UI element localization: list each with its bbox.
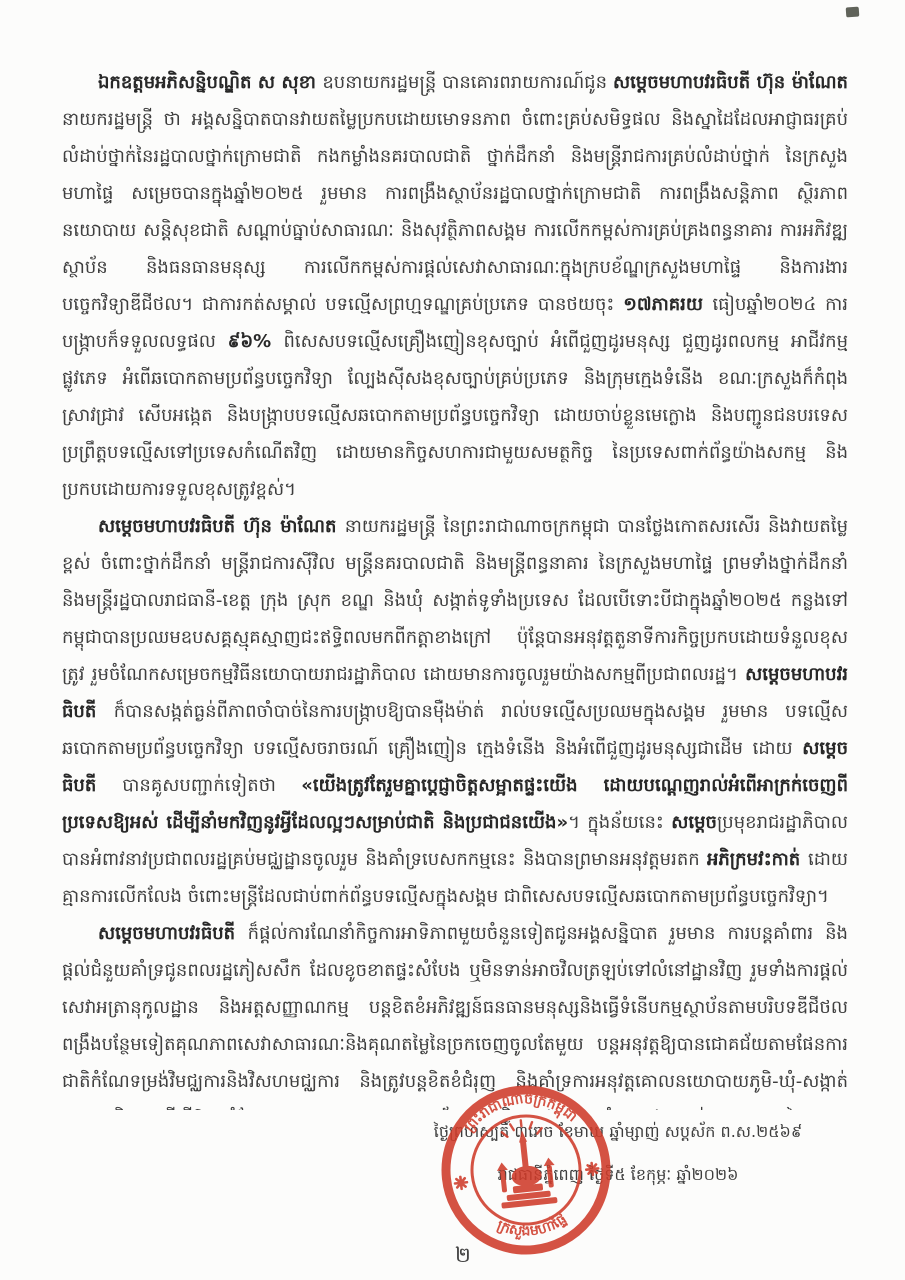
text-segment: ។ ក្នុងន័យនេះ (568, 812, 671, 833)
bold-text-segment: សម្តេច (671, 812, 717, 833)
text-segment: ក៏បានសង្កត់ធ្ងន់ពីភាពចាំបាច់នៃការបង្ក្រា… (62, 701, 848, 759)
bold-text-segment: សម្តេចមហាបវរធិបតី ហ៊ុន ម៉ាណែត (613, 72, 848, 93)
paragraph: សម្តេចមហាបវរធិបតី ក៏ផ្តល់ការណែនាំកិច្ចកា… (62, 915, 848, 1110)
scanned-document-page: ឯកឧត្តមអភិសន្និបណ្ឌិត ស សុខា ឧបនាយករដ្ឋម… (0, 0, 905, 1280)
text-segment: នាយករដ្ឋមន្ត្រី នៃព្រះរាជាណាចក្រកម្ពុជា … (62, 516, 848, 685)
ministry-seal: ព្រះរាជាណាចក្រកម្ពុជា ក្រសួងមហាផ្ទៃ (427, 1071, 625, 1269)
bold-text-segment: ឯកឧត្តមអភិសន្និបណ្ឌិត ស សុខា (98, 72, 322, 93)
text-segment: ឧបនាយករដ្ឋមន្ត្រី បានគោរពរាយការណ៍ជូន (322, 72, 613, 93)
seal-right-star-icon (586, 1162, 599, 1175)
text-segment: ក៏ផ្តល់ការណែនាំកិច្ចការអាទិភាពមួយចំនួនទៀ… (62, 923, 848, 1110)
text-segment: នាយករដ្ឋមន្ត្រី ថា អង្គសន្និបាតបានវាយតម្… (62, 109, 848, 315)
bold-text-segment: អភិក្រមវះកាត់ (707, 849, 808, 870)
seal-left-star-icon (454, 1176, 467, 1189)
paragraph: សម្តេចមហាបវរធិបតី ហ៊ុន ម៉ាណែត នាយករដ្ឋមន… (62, 508, 848, 915)
page-number: ២ (426, 1242, 500, 1273)
bold-text-segment: ៩៦% (228, 331, 284, 352)
text-segment: ពិសេសបទល្មើសគ្រឿងញៀនខុសច្បាប់ អំពើជួញដូរ… (62, 331, 848, 500)
document-body: ឯកឧត្តមអភិសន្និបណ្ឌិត ស សុខា ឧបនាយករដ្ឋម… (62, 64, 848, 1110)
royal-arms-emblem-icon (492, 1117, 559, 1209)
scan-artifact-mark (846, 7, 860, 18)
text-segment: បានគូសបញ្ជាក់ទៀតថា (122, 775, 301, 796)
bold-text-segment: សម្តេចមហាបវរធិបតី (98, 923, 248, 944)
bold-text-segment: ១៧ភាគរយ (623, 294, 712, 315)
paragraph: ឯកឧត្តមអភិសន្និបណ្ឌិត ស សុខា ឧបនាយករដ្ឋម… (62, 64, 848, 508)
bold-text-segment: សម្តេចមហាបវរធិបតី ហ៊ុន ម៉ាណែត (98, 516, 345, 537)
